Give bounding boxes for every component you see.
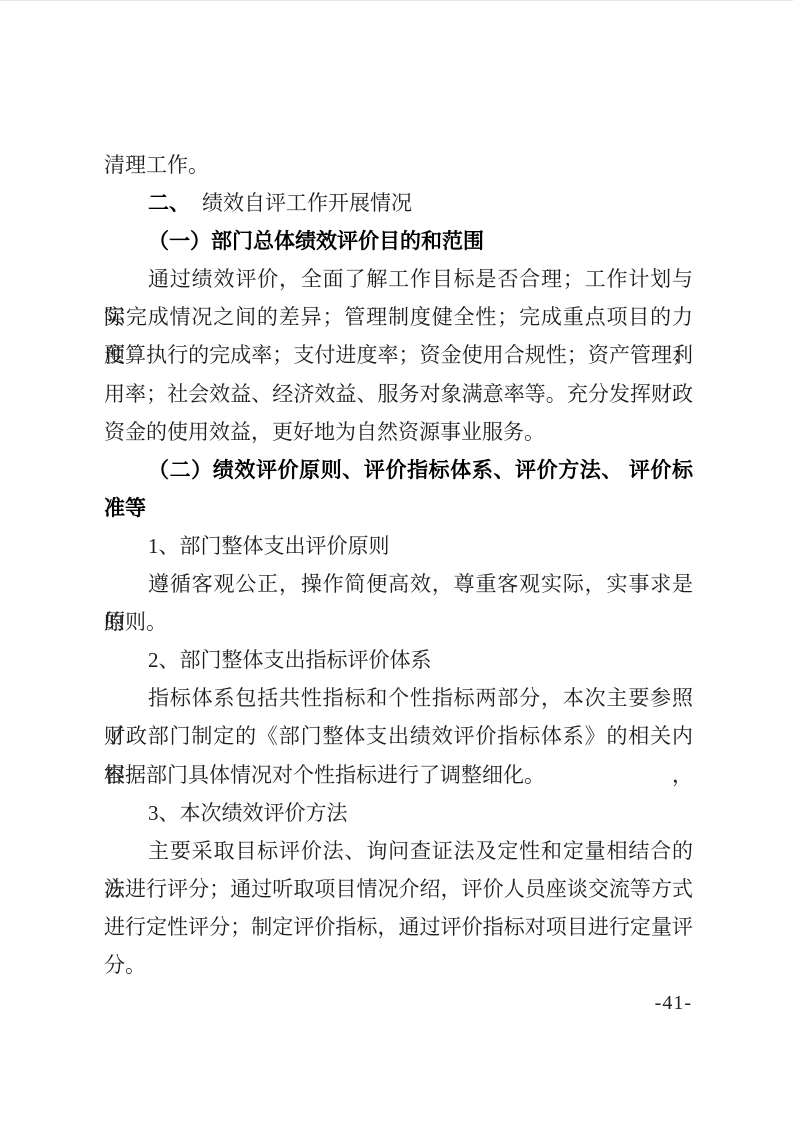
page-number: -41- (655, 991, 692, 1015)
paragraph-line: 财政部门制定的《部门整体支出绩效评价指标体系》的相关内容， (104, 717, 693, 755)
numbered-item-2: 2、部门整体支出指标评价体系 (104, 641, 693, 679)
paragraph-line: 进行定性评分；制定评价指标，通过评价指标对项目进行定量评 (104, 908, 693, 946)
numbered-item-1: 1、部门整体支出评价原则 (104, 527, 693, 565)
paragraph-line: 指标体系包括共性指标和个性指标两部分，本次主要参照了 (104, 679, 693, 717)
section-heading-ii: 二、绩效自评工作开展情况 (104, 184, 693, 222)
section-heading-number: 二、 (148, 191, 190, 215)
paragraph-line: 资金的使用效益，更好地为自然资源事业服务。 (104, 413, 693, 451)
paragraph-line: 用率；社会效益、经济效益、服务对象满意率等。充分发挥财政 (104, 375, 693, 413)
paragraph-line: 预算执行的完成率；支付进度率；资金使用合规性；资产管理利 (104, 336, 693, 374)
paragraph-line: 通过绩效评价，全面了解工作目标是否合理；工作计划与实 (104, 260, 693, 298)
document-page: 清理工作。 二、绩效自评工作开展情况 （一）部门总体绩效评价目的和范围 通过绩效… (0, 0, 793, 1122)
subsection-heading-2-line-2: 准等 (104, 489, 693, 527)
paragraph-line: 分。 (104, 946, 693, 984)
document-body: 清理工作。 二、绩效自评工作开展情况 （一）部门总体绩效评价目的和范围 通过绩效… (104, 146, 693, 984)
paragraph-line: 主要采取目标评价法、询问查证法及定性和定量相结合的方 (104, 832, 693, 870)
subsection-heading-2-line-1: （二）绩效评价原则、评价指标体系、评价方法、 评价标 (104, 451, 693, 489)
paragraph-line: 遵循客观公正，操作简便高效，尊重客观实际，实事求是的 (104, 565, 693, 603)
paragraph-line: 清理工作。 (104, 146, 693, 184)
paragraph-line: 际完成情况之间的差异；管理制度健全性；完成重点项目的力度； (104, 298, 693, 336)
paragraph-line: 原则。 (104, 603, 693, 641)
numbered-item-3: 3、本次绩效评价方法 (104, 794, 693, 832)
paragraph-line: 法进行评分；通过听取项目情况介绍，评价人员座谈交流等方式 (104, 870, 693, 908)
section-heading-text: 绩效自评工作开展情况 (202, 191, 412, 215)
subsection-heading-1: （一）部门总体绩效评价目的和范围 (104, 222, 693, 260)
